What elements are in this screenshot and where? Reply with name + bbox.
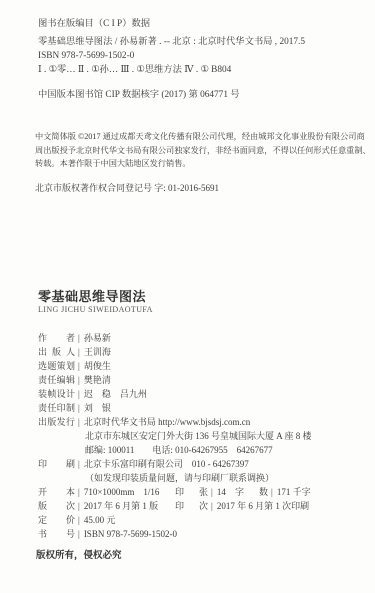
- colophon-row-isbn: 书号|ISBN 978-7-5699-1502-0: [38, 527, 365, 541]
- colophon-label: 出版人: [38, 345, 75, 359]
- colophon-label: 版次: [38, 499, 75, 513]
- colophon-group-sheets: 印张|14: [175, 485, 235, 499]
- colophon-row-publisher: 出版发行|北京时代华文书局 http://www.bjsdsj.com.cn: [38, 415, 365, 429]
- book-title: 零基础思维导图法: [38, 289, 153, 304]
- label-separator: |: [211, 501, 213, 511]
- colophon-row-responsible-editor: 责任编辑|樊艳清: [38, 373, 365, 387]
- colophon-row-price: 定价|45.00 元: [38, 513, 365, 527]
- cip-block: 图书在版编目（C I P）数据 零基础思维导图法 / 孙易新著 . -- 北京 …: [38, 17, 355, 102]
- label-separator: |: [78, 403, 80, 413]
- label-separator: |: [78, 389, 80, 399]
- colophon-value: 王训海: [84, 347, 111, 357]
- colophon-value: 45.00 元: [84, 515, 116, 525]
- colophon-label: 选题策划: [38, 359, 75, 373]
- colophon-continuation: （如发现印装质量问题，请与印刷厂联系调换）: [85, 473, 274, 483]
- colophon-label: 印张: [175, 485, 208, 499]
- label-separator: |: [78, 515, 80, 525]
- colophon-label: 开本: [38, 485, 75, 499]
- cip-heading: 图书在版编目（C I P）数据: [38, 17, 355, 31]
- colophon-value: ISBN 978-7-5699-1502-0: [84, 529, 177, 539]
- colophon-value: 孙易新: [84, 333, 111, 343]
- colophon-value: 胡俊生: [84, 361, 111, 371]
- label-separator: |: [78, 333, 80, 343]
- colophon-value: 2017 年 6 月第 1 版: [84, 501, 158, 511]
- cip-isbn: ISBN 978-7-5699-1502-0: [38, 49, 355, 63]
- colophon-row-publisher-address: 北京市东城区安定门外大街 136 号皇城国际大厦 A 座 8 楼: [38, 429, 365, 443]
- colophon: 作者|孙易新 出版人|王训海 选题策划|胡俊生 责任编辑|樊艳清 装帧设计|迟 …: [38, 331, 365, 541]
- colophon-row-edition: 版次|2017 年 6 月第 1 版 印次|2017 年 6 月第 1 次印刷: [38, 499, 365, 513]
- label-separator: |: [271, 487, 273, 497]
- colophon-row-design: 装帧设计|迟 稳 吕九州: [38, 387, 365, 401]
- cip-entry: 零基础思维导图法 / 孙易新著 . -- 北京 : 北京时代华文书局 , 201…: [38, 35, 355, 49]
- license-line: 转载。本著作限于中国大陆地区发行销售。: [35, 157, 357, 171]
- colophon-value: 710×1000mm 1/16: [84, 487, 160, 497]
- colophon-group-impression: 印次|2017 年 6 月第 1 次印刷: [175, 499, 309, 513]
- book-title-pinyin: LING JICHU SIWEIDAOTUFA: [38, 304, 153, 315]
- label-separator: |: [78, 529, 80, 539]
- colophon-label: 书号: [38, 527, 75, 541]
- colophon-value: 刘 银: [84, 403, 111, 413]
- colophon-continuation: 邮编: 100011 电话: 010-64267955 64267677: [85, 445, 273, 455]
- license-block: 中文简体版 ©2017 通过成都天鸢文化传播有限公司代理，经由城邦文化事业股份有…: [35, 130, 357, 195]
- label-separator: |: [211, 487, 213, 497]
- colophon-value: 迟 稳 吕九州: [84, 389, 147, 399]
- colophon-label: 装帧设计: [38, 387, 75, 401]
- colophon-label: 作者: [38, 331, 75, 345]
- title-block: 零基础思维导图法 LING JICHU SIWEIDAOTUFA: [38, 289, 153, 315]
- colophon-value: 171 千字: [277, 487, 311, 497]
- colophon-label: 字数: [235, 485, 268, 499]
- label-separator: |: [78, 501, 80, 511]
- label-separator: |: [78, 361, 80, 371]
- colophon-value: 2017 年 6 月第 1 次印刷: [217, 501, 309, 511]
- colophon-label: 出版发行: [38, 415, 75, 429]
- label-separator: |: [78, 417, 80, 427]
- colophon-row-postcode-phone: 邮编: 100011 电话: 010-64267955 64267677: [38, 443, 365, 457]
- colophon-row-publisher-person: 出版人|王训海: [38, 345, 365, 359]
- colophon-row-quality-note: （如发现印装质量问题，请与印刷厂联系调换）: [38, 471, 365, 485]
- colophon-label: 印刷: [38, 457, 75, 471]
- license-line: 周出版授予北京时代华文书局有限公司独家发行，非经书面同意，不得以任何形式任意重制…: [35, 144, 357, 158]
- label-separator: |: [78, 375, 80, 385]
- colophon-row-printer: 印刷|北京卡乐富印刷有限公司 010 - 64267397: [38, 457, 365, 471]
- colophon-value: 北京卡乐富印刷有限公司 010 - 64267397: [84, 459, 249, 469]
- colophon-row-planning-editor: 选题策划|胡俊生: [38, 359, 365, 373]
- colophon-row-author: 作者|孙易新: [38, 331, 365, 345]
- colophon-row-print-supervisor: 责任印制|刘 银: [38, 401, 365, 415]
- colophon-label: 责任印制: [38, 401, 75, 415]
- colophon-label: 定价: [38, 513, 75, 527]
- colophon-continuation: 北京市东城区安定门外大街 136 号皇城国际大厦 A 座 8 楼: [85, 431, 312, 441]
- colophon-value: 樊艳清: [84, 375, 111, 385]
- label-separator: |: [78, 347, 80, 357]
- colophon-value: 14: [217, 487, 226, 497]
- colophon-label: 责任编辑: [38, 373, 75, 387]
- copyright-notice: 版权所有，侵权必究: [36, 549, 122, 563]
- license-registration-number: 北京市版权著作权合同登记号 字: 01-2016-5691: [35, 182, 357, 196]
- colophon-row-format: 开本|710×1000mm 1/16 印张|14 字数|171 千字: [38, 485, 365, 499]
- copyright-page: 图书在版编目（C I P）数据 零基础思维导图法 / 孙易新著 . -- 北京 …: [0, 0, 375, 593]
- cip-classification: Ⅰ . ①零… Ⅱ . ①孙… Ⅲ . ①思维方法 Ⅳ . ① B804: [38, 63, 355, 77]
- colophon-group-format: 开本|710×1000mm 1/16: [38, 485, 175, 499]
- label-separator: |: [78, 487, 80, 497]
- cip-record-number: 中国版本图书馆 CIP 数据核字 (2017) 第 064771 号: [38, 88, 355, 102]
- colophon-group-wordcount: 字数|171 千字: [235, 485, 311, 499]
- colophon-group-edition: 版次|2017 年 6 月第 1 版: [38, 499, 175, 513]
- label-separator: |: [78, 459, 80, 469]
- license-line: 中文简体版 ©2017 通过成都天鸢文化传播有限公司代理，经由城邦文化事业股份有…: [35, 130, 357, 144]
- colophon-value: 北京时代华文书局 http://www.bjsdsj.com.cn: [84, 417, 250, 427]
- colophon-label: 印次: [175, 499, 208, 513]
